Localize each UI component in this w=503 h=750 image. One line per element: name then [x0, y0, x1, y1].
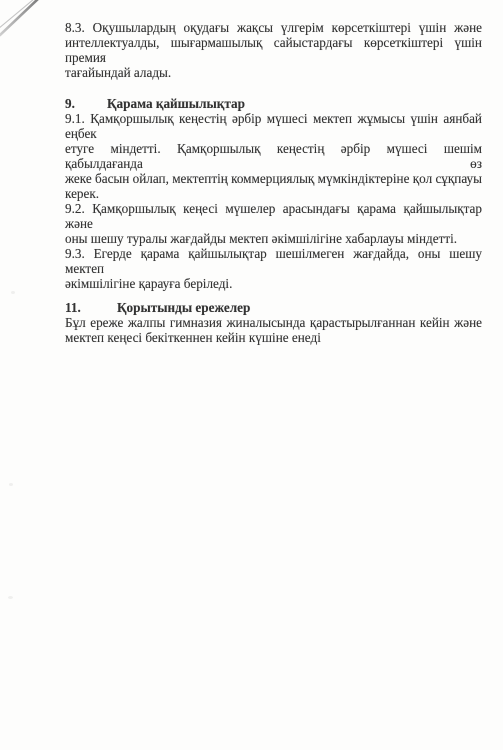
- paragraph-8-3: 8.3. Оқушылардың оқудағы жақсы үлгерім к…: [65, 20, 482, 80]
- section-11-heading: 11. Қорытынды ережелер: [65, 300, 482, 315]
- closing-paragraph: Бұл ереже жалпы гимназия жиналысында қар…: [65, 315, 482, 345]
- text-line: әкімшілігіне қарауға беріледі.: [65, 276, 482, 291]
- pen-stroke-mark: [0, 0, 52, 48]
- section-number: 11.: [65, 300, 117, 315]
- text-line: керек.: [65, 186, 482, 201]
- text-line: 9.3. Егерде қарама қайшылықтар шешілмеге…: [65, 246, 482, 276]
- scan-speck: [9, 483, 13, 486]
- section-9-heading: 9. Қарама қайшылықтар: [65, 96, 482, 111]
- text-line: оны шешу туралы жағдайды мектеп әкімшілі…: [65, 231, 482, 246]
- scan-speck: [11, 291, 15, 294]
- item-9-2: 9.2. Қамқоршылық кеңесі мүшелер арасында…: [65, 201, 482, 246]
- section-title: Қарама қайшылықтар: [107, 96, 245, 111]
- text-line: тағайындай алады.: [65, 65, 482, 80]
- text-line: мектеп кеңесі бекіткеннен кейін күшіне е…: [65, 330, 482, 345]
- section-title: Қорытынды ережелер: [117, 300, 250, 315]
- scan-speck: [8, 596, 13, 599]
- document-body: 8.3. Оқушылардың оқудағы жақсы үлгерім к…: [65, 20, 482, 345]
- text-line: Бұл ереже жалпы гимназия жиналысында қар…: [65, 315, 482, 330]
- section-number: 9.: [65, 96, 107, 111]
- text-line: 9.1. Қамқоршылық кеңестің әрбір мүшесі м…: [65, 111, 482, 141]
- text-line: интеллектуалды, шығармашылық сайыстардағ…: [65, 35, 482, 65]
- text-line: етуге міндетті. Қамқоршылық кеңестің әрб…: [65, 141, 482, 171]
- text-line: 8.3. Оқушылардың оқудағы жақсы үлгерім к…: [65, 20, 482, 35]
- text-line: 9.2. Қамқоршылық кеңесі мүшелер арасында…: [65, 201, 482, 231]
- item-9-1: 9.1. Қамқоршылық кеңестің әрбір мүшесі м…: [65, 111, 482, 201]
- item-9-3: 9.3. Егерде қарама қайшылықтар шешілмеге…: [65, 246, 482, 291]
- text-line: жеке басын ойлап, мектептің коммерциялық…: [65, 171, 482, 186]
- scanned-document-page: 8.3. Оқушылардың оқудағы жақсы үлгерім к…: [0, 0, 503, 750]
